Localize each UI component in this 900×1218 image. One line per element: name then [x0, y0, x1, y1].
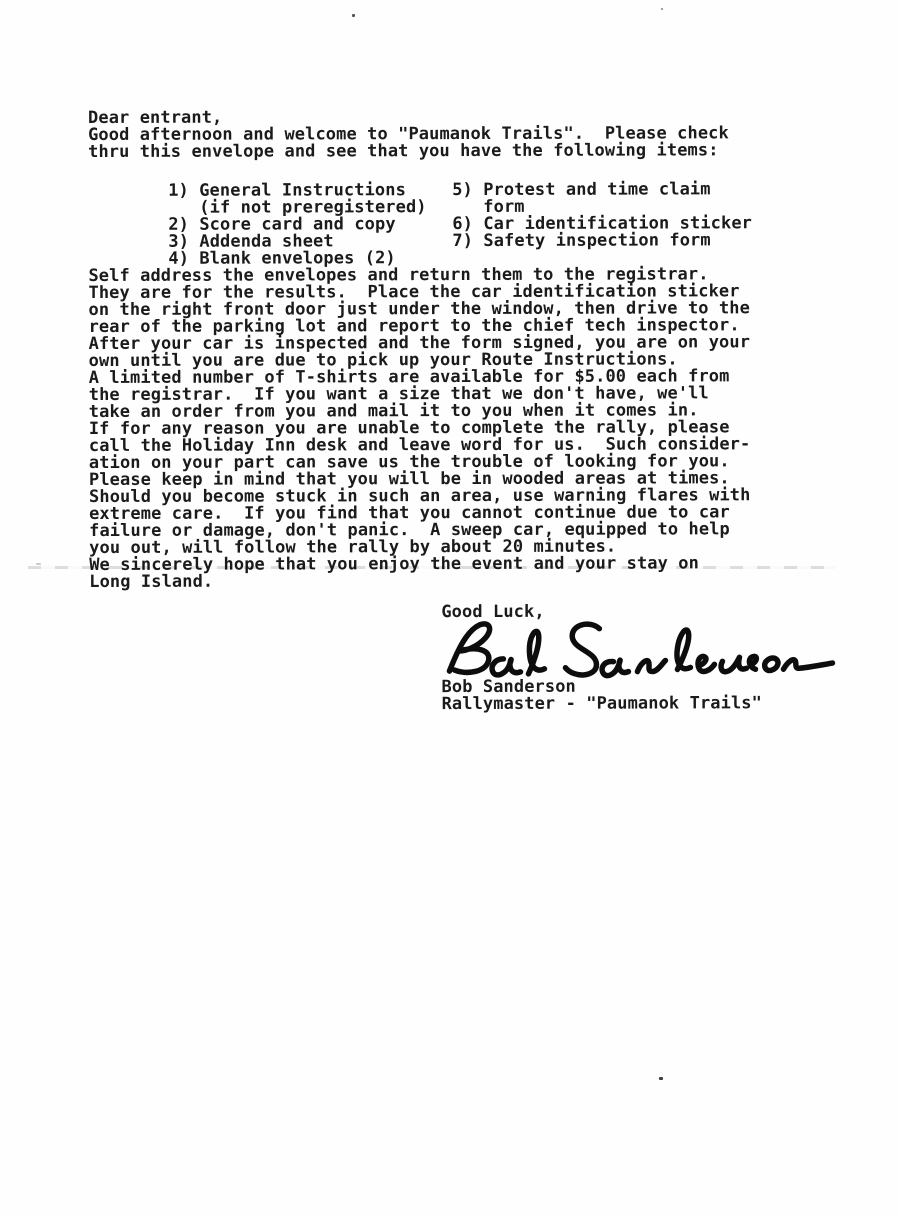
list-item-text: Safety inspection form: [483, 232, 710, 250]
list-item-text: General Instructions (if not preregister…: [199, 182, 426, 217]
typed-signature-title: Rallymaster - "Paumanok Trails": [442, 695, 850, 713]
list-item: 7) Safety inspection form: [452, 232, 752, 250]
list-item-number: 7): [452, 233, 483, 250]
body-paragraph: Please keep in mind that you will be in …: [89, 470, 849, 557]
checklist-right-column: 5) Protest and time claim form 6) Car id…: [452, 181, 752, 267]
scan-speck: [661, 8, 663, 10]
list-item: 5) Protest and time claim form: [452, 181, 752, 216]
checklist-left-column: 1) General Instructions (if not preregis…: [168, 182, 452, 268]
scan-speck: [352, 14, 355, 17]
letter-page: Dear entrant, Good afternoon and welcome…: [0, 0, 900, 1218]
closing-block: Good Luck,: [441, 603, 849, 713]
body-paragraph: A limited number of T-shirts are availab…: [89, 368, 849, 421]
body-paragraph: We sincerely hope that you enjoy the eve…: [89, 555, 849, 591]
intro-paragraph: Good afternoon and welcome to "Paumanok …: [88, 125, 848, 161]
scan-speck: [659, 1077, 663, 1080]
list-item-number: 5): [452, 182, 483, 216]
items-checklist: 1) General Instructions (if not preregis…: [88, 181, 848, 268]
signature-image: [435, 616, 835, 679]
letter-content: Dear entrant, Good afternoon and welcome…: [88, 108, 850, 714]
scan-speck: [36, 563, 41, 565]
body-paragraph: Self address the envelopes and return th…: [88, 266, 848, 370]
list-item-number: 1): [168, 183, 199, 217]
list-item-text: Protest and time claim form: [483, 181, 710, 216]
body-paragraph: If for any reason you are unable to comp…: [89, 419, 849, 472]
list-item: 1) General Instructions (if not preregis…: [168, 182, 452, 217]
